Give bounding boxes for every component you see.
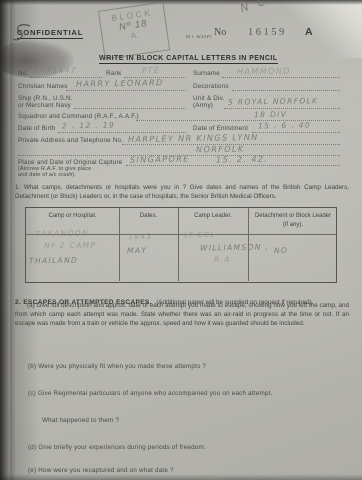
rank-value: PTE (142, 66, 160, 75)
camp-value-line3: THAILAND (29, 256, 78, 266)
question-2a-text: (a) Give full description and approx. da… (15, 302, 349, 328)
camp-value-line2: Nº 2 CAMP (44, 241, 96, 251)
dates-value-line1: 1943 (128, 232, 153, 241)
christian-names-label: Christian Names (18, 83, 68, 90)
capture-line (126, 165, 340, 166)
unit-div-value: 5 ROYAL NORFOLK (228, 96, 319, 107)
no-label: No. (18, 70, 28, 77)
block-number-stamp: BLOCK Nº 18 A. (98, 2, 170, 60)
enlistment-value: 15 . 6 . 40 (258, 121, 311, 131)
capture-date-value: 15. 2. 42. (216, 154, 268, 165)
leader-value-line2: WILLIAMSON , (200, 242, 269, 252)
question-2c-text: (c) Give Regimental particulars of anyon… (28, 390, 273, 397)
enlistment-label: Date of Enlistment (193, 125, 248, 132)
dates-value-line2: MAY (127, 246, 147, 255)
decorations-label: Decorations (193, 83, 229, 90)
dob-label: Date of Birth (18, 125, 56, 132)
detachment-value: NO (274, 246, 288, 255)
signature-scribble-icon (10, 22, 36, 44)
pencil-corner-scribble: N C (239, 0, 270, 15)
leader-value-line3: R.A (214, 255, 231, 264)
decorations-line (232, 90, 340, 91)
capture-place-value: SINGAPORE (130, 153, 190, 164)
bottom-edge-shadow (0, 474, 362, 480)
ship-label-line1: Ship (R.N., U.S.N. (18, 95, 73, 102)
enlistment-line (252, 132, 340, 133)
table-header-detachment: Detachment or Block Leader (if any). (248, 208, 338, 234)
squadron-label: Squadron and Command (R.A.F., A.A.F.) (18, 113, 139, 120)
ship-label-line2: or Merchant Navy (18, 102, 71, 109)
capture-label-line1: Place and Date of Original Capture (18, 159, 122, 166)
question-2b-text: (b) Were you physically fit when you mad… (28, 363, 206, 370)
unit-div-label-line1: Unit & Div. (193, 95, 224, 102)
question-1-text: 1. What camps, detachments or hospitals … (15, 184, 349, 202)
ref-prefix: M.I. 9/JAP/ (186, 34, 212, 39)
ship-line (74, 108, 186, 109)
christian-names-line (66, 90, 186, 91)
address-label: Private Address and Telephone No. (18, 137, 123, 144)
surname-value: HAMMOND (237, 66, 291, 77)
unit-div-value-line2: 18 DIV (254, 110, 287, 120)
surname-line (222, 77, 340, 78)
address-value-line2: NORFOLK (196, 144, 245, 155)
capture-label-line3: and date of a/c crash). (18, 172, 76, 178)
question-2e-text: (e) How were you recaptured and on what … (28, 467, 174, 474)
form-instruction-heading: WRITE IN BLOCK CAPITAL LETTERS IN PENCIL (99, 54, 278, 64)
address-value-line1: HARPLEY NR KINGS LYNN (128, 132, 259, 144)
christian-names-value: HARRY LEONARD (76, 77, 164, 89)
question-2d-text: (d) Give briefly your experiences during… (28, 444, 206, 451)
table-header-dates: Dates. (119, 208, 178, 234)
no-value: 5771447 (34, 66, 77, 76)
ref-serial-number: 16159 (248, 27, 287, 38)
dob-value: 2 . 12 . 19 (62, 121, 115, 131)
unit-div-label-line2: (Army) (193, 102, 213, 109)
question-2c2-text: What happened to them ? (42, 417, 119, 424)
ref-no-label: No (214, 27, 226, 38)
scanned-form-page: N C CONFIDENTIAL BLOCK Nº 18 A. M.I. 9/J… (0, 0, 362, 480)
surname-label: Surname (193, 70, 220, 77)
top-edge-shadow (0, 0, 362, 5)
rank-label: Rank (106, 70, 122, 77)
ref-suffix-letter: A (305, 26, 313, 38)
camp-value-line1: TAKANOON (36, 229, 89, 239)
leader-value-line1: LT COL (184, 231, 215, 240)
